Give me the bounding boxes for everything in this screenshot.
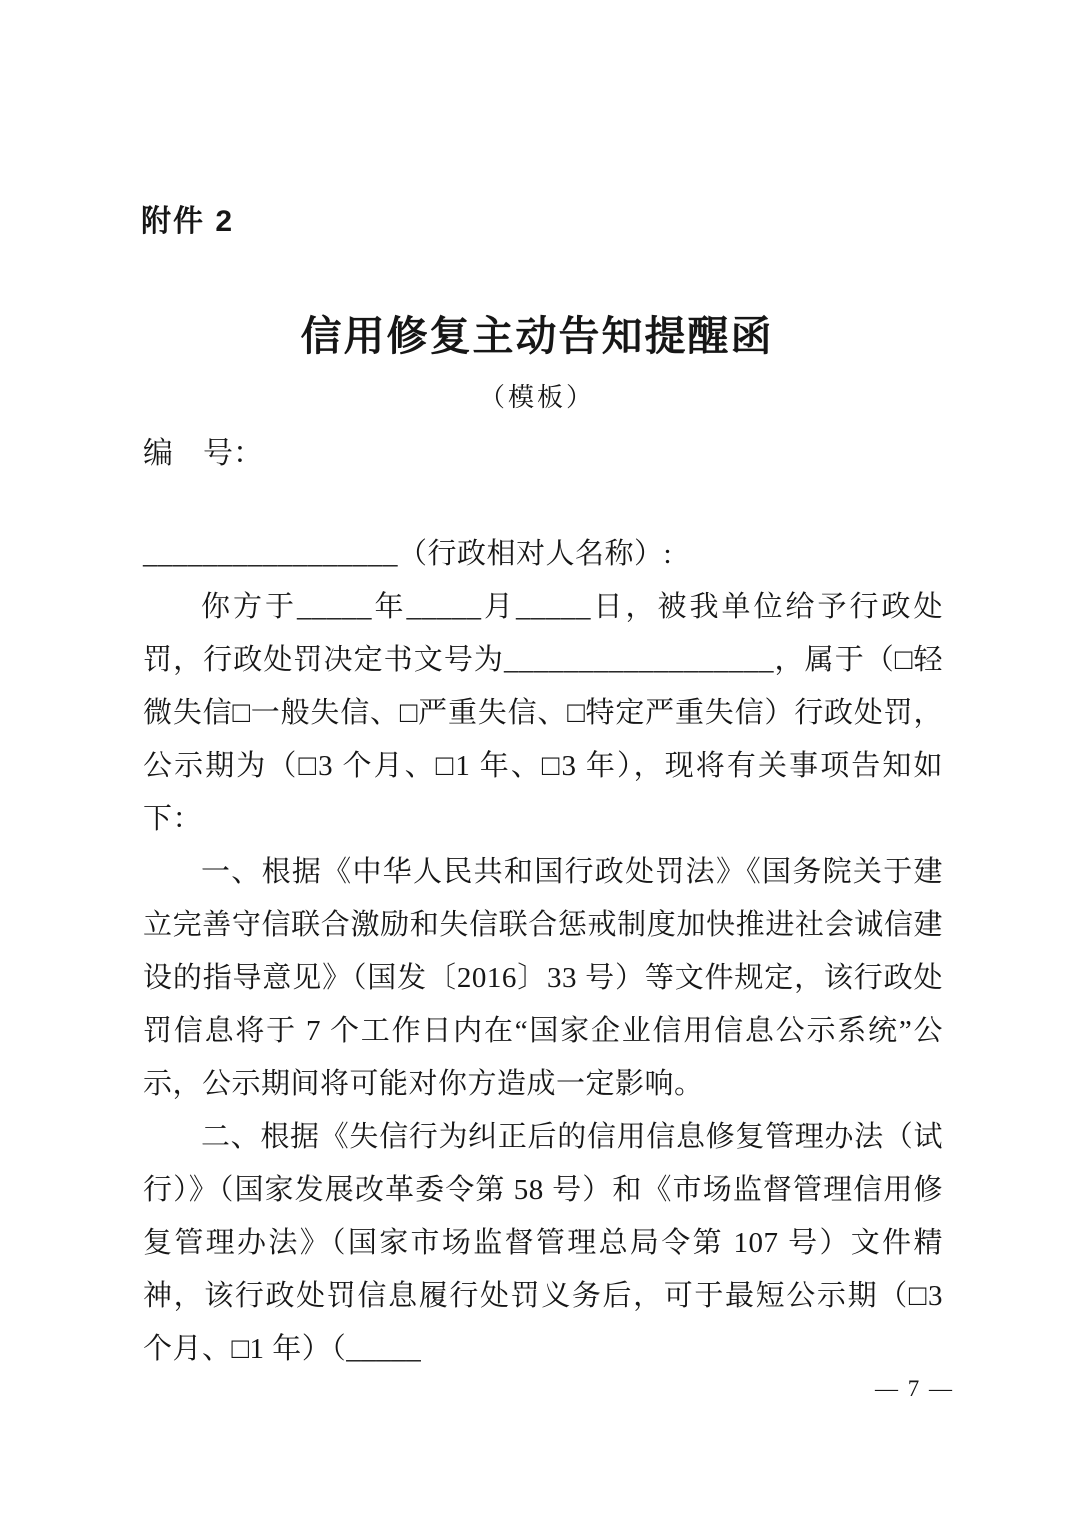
document-title: 信用修复主动告知提醒函 — [0, 303, 1074, 362]
paragraph-item-2: 二、根据《失信行为纠正后的信用信息修复管理办法（试行）》（国家发展改革委令第 5… — [143, 1111, 943, 1376]
document-page: 附件 2 信用修复主动告知提醒函 （模板） 编 号： _____________… — [0, 0, 1074, 1520]
page-number: — 7 — — [875, 1376, 954, 1402]
paragraph-item-1: 一、根据《中华人民共和国行政处罚法》《国务院关于建立完善守信联合激励和失信联合惩… — [143, 846, 943, 1111]
document-body: _________________（行政相对人名称）: 你方于_____年___… — [143, 528, 943, 1376]
attachment-label: 附件 2 — [141, 196, 234, 240]
document-subtitle: （模板） — [0, 377, 1074, 414]
salutation-line: _________________（行政相对人名称）: — [143, 528, 943, 581]
serial-number-label: 编 号： — [143, 428, 263, 472]
paragraph-penalty-info: 你方于_____年_____月_____日，被我单位给予行政处罚，行政处罚决定书… — [143, 581, 943, 846]
